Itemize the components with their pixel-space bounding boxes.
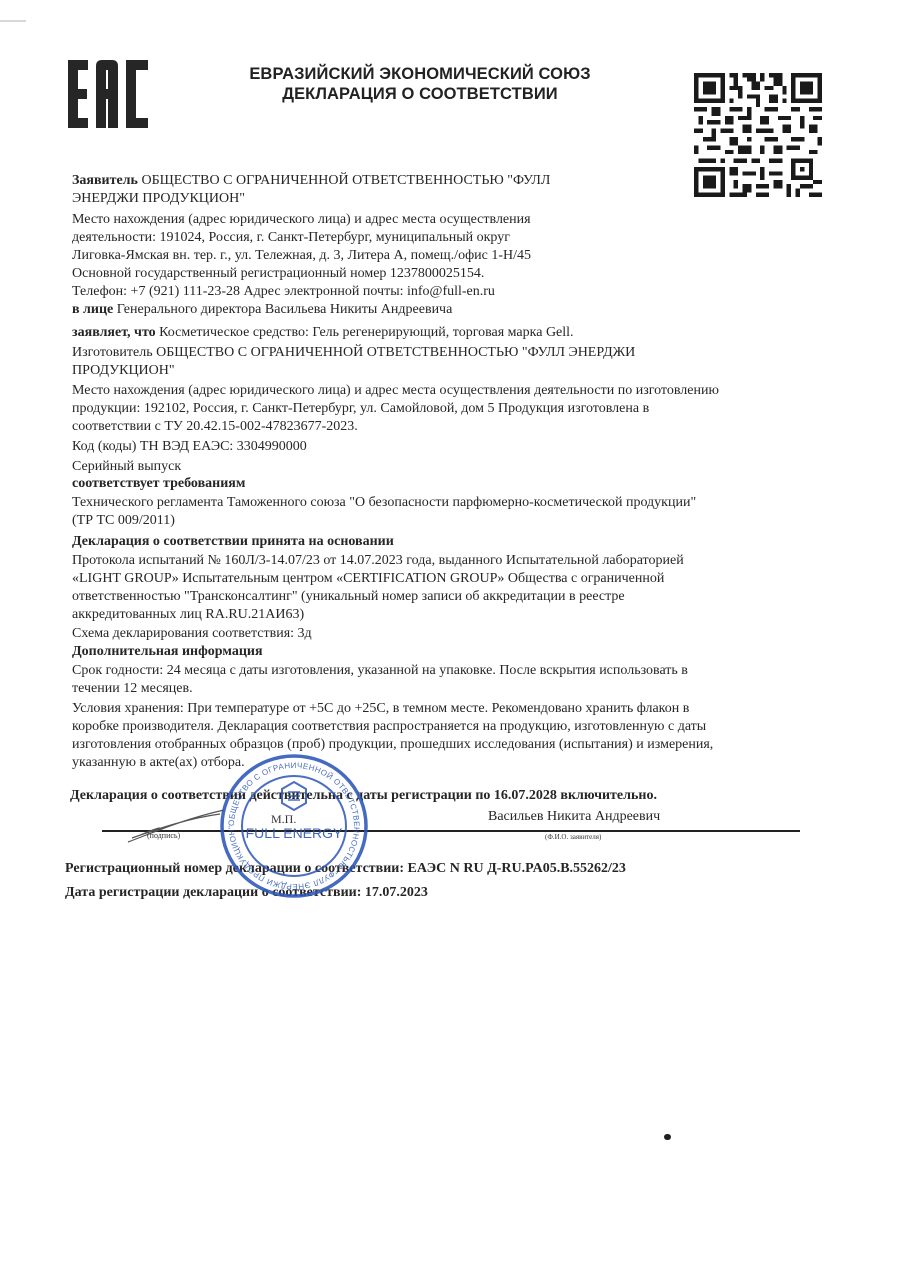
handwritten-signature <box>120 806 230 846</box>
basis-line3: ответственностью "Трансконсалтинг" (уник… <box>72 588 625 606</box>
scan-edge-mark <box>0 20 26 22</box>
representative-value: Генерального директора Васильева Никиты … <box>113 302 452 317</box>
product-description: Косметическое средство: Гель регенерирую… <box>156 325 574 340</box>
requirements-heading: соответствует требованиям <box>72 476 245 491</box>
applicant-ogrn: Основной государственный регистрационный… <box>72 265 484 283</box>
declaration-subject-section: заявляет, что Косметическое средство: Ге… <box>72 324 812 474</box>
applicant-address-line1: Место нахождения (адрес юридического лиц… <box>72 211 531 229</box>
declaration-title: ДЕКЛАРАЦИЯ О СООТВЕТСТВИИ <box>220 84 620 104</box>
stamp-brand: FULL ENERGY <box>246 825 343 841</box>
eac-mark-icon <box>66 58 150 130</box>
requirements-section: соответствует требованиям Технического р… <box>72 475 812 531</box>
signature-caption: (подпись) <box>147 831 180 840</box>
applicant-label: Заявитель <box>72 173 138 188</box>
manufacturer-address-line3: соответствии с ТУ 20.42.15-002-47823677-… <box>72 418 358 436</box>
applicant-name-line2: ЭНЕРДЖИ ПРОДУКЦИОН" <box>72 190 245 208</box>
basis-line1: Протокола испытаний № 160Л/3-14.07/23 от… <box>72 552 684 570</box>
applicant-address-line3: Лиговка-Ямская вн. тер. г., ул. Тележная… <box>72 247 531 265</box>
additional-line1: Срок годности: 24 месяца с даты изготовл… <box>72 662 688 680</box>
product-line: заявляет, что Косметическое средство: Ге… <box>72 324 574 342</box>
manufacturer-line2: ПРОДУКЦИОН" <box>72 362 175 380</box>
additional-line2: течении 12 месяцев. <box>72 680 193 698</box>
declares-label: заявляет, что <box>72 325 156 340</box>
applicant-name-line1: Заявитель ОБЩЕСТВО С ОГРАНИЧЕННОЙ ОТВЕТС… <box>72 172 550 190</box>
requirements-line2: (ТР ТС 009/2011) <box>72 512 175 530</box>
scan-speck <box>664 1134 671 1140</box>
additional-heading: Дополнительная информация <box>72 644 263 659</box>
tn-ved-code: Код (коды) ТН ВЭД ЕАЭС: 3304990000 <box>72 438 307 456</box>
eac-logo <box>66 58 150 130</box>
document-title: ЕВРАЗИЙСКИЙ ЭКОНОМИЧЕСКИЙ СОЮЗ ДЕКЛАРАЦИ… <box>220 64 620 104</box>
applicant-section: Заявитель ОБЩЕСТВО С ОГРАНИЧЕННОЙ ОТВЕТС… <box>72 172 792 332</box>
release-type: Серийный выпуск <box>72 458 181 476</box>
applicant-contacts: Телефон: +7 (921) 111-23-28 Адрес электр… <box>72 283 495 301</box>
additional-info-section: Дополнительная информация Срок годности:… <box>72 643 812 773</box>
applicant-address-line2: деятельности: 191024, Россия, г. Санкт-П… <box>72 229 510 247</box>
basis-heading: Декларация о соответствии принята на осн… <box>72 534 394 549</box>
union-title: ЕВРАЗИЙСКИЙ ЭКОНОМИЧЕСКИЙ СОЮЗ <box>220 64 620 84</box>
company-stamp: ОБЩЕСТВО С ОГРАНИЧЕННОЙ ОТВЕТСТВЕННОСТЬЮ… <box>218 752 370 900</box>
manufacturer-address-line1: Место нахождения (адрес юридического лиц… <box>72 382 719 400</box>
basis-line4: аккредитованных лиц RA.RU.21АИ63) <box>72 606 304 624</box>
signer-name: Васильев Никита Андреевич <box>488 808 660 826</box>
name-caption: (Ф.И.О. заявителя) <box>545 833 601 841</box>
additional-line3: Условия хранения: При температуре от +5С… <box>72 700 689 718</box>
basis-section: Декларация о соответствии принята на осн… <box>72 533 812 643</box>
applicant-representative: в лице Генерального директора Васильева … <box>72 301 452 319</box>
declaration-scheme: Схема декларирования соответствия: 3д <box>72 625 312 643</box>
manufacturer-address-line2: продукции: 192102, Россия, г. Санкт-Пете… <box>72 400 649 418</box>
basis-line2: «LIGHT GROUP» Испытательным центром «CER… <box>72 570 664 588</box>
manufacturer-line1: Изготовитель ОБЩЕСТВО С ОГРАНИЧЕННОЙ ОТВ… <box>72 344 635 362</box>
additional-line4: коробке производителя. Декларация соотве… <box>72 718 706 736</box>
additional-line5: изготовления отобранных образцов (проб) … <box>72 736 713 754</box>
applicant-name: ОБЩЕСТВО С ОГРАНИЧЕННОЙ ОТВЕТСТВЕННОСТЬЮ… <box>138 173 550 188</box>
representative-label: в лице <box>72 302 113 317</box>
requirements-line1: Технического регламента Таможенного союз… <box>72 494 696 512</box>
